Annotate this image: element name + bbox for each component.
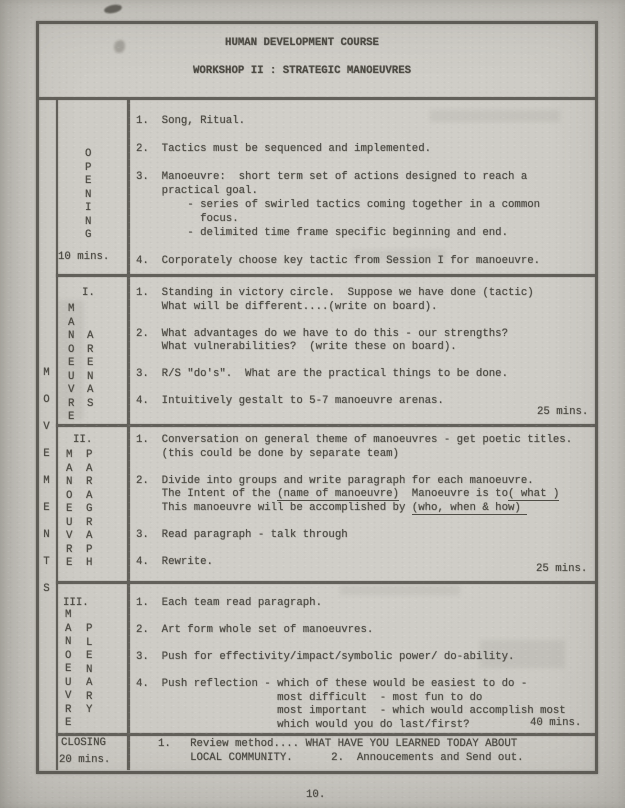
course-title: HUMAN DEVELOPMENT COURSE xyxy=(39,37,595,51)
session2-underlined-who-when-how: (who, when & how) xyxy=(412,502,527,515)
session2-duration: 25 mins. xyxy=(536,563,587,577)
session1-manoeuvre-stack: M A N O E U V R E xyxy=(68,303,74,425)
session3-plenary-stack: P L E N A R Y xyxy=(86,623,92,718)
session2-underlined-what: ( what ) xyxy=(508,488,559,501)
session2-underlined-name: (name of manoeuvre) xyxy=(277,488,399,501)
session1-duration: 25 mins. xyxy=(537,406,588,420)
session2-paragraph-stack: P A R A G R A P H xyxy=(86,449,92,571)
movements-vertical-label: M O V E M E N T S xyxy=(36,360,57,603)
opening-duration: 10 mins. xyxy=(58,251,109,265)
session2-manoeuvre-stack: M A N O E U V R E xyxy=(66,449,72,571)
page-number: 10. xyxy=(306,789,325,803)
scan-edge-shading xyxy=(0,0,34,808)
row-divider-s1-s2 xyxy=(56,424,595,427)
row-divider-s2-s3 xyxy=(56,581,595,584)
closing-label: CLOSING xyxy=(61,737,106,751)
ink-smudge xyxy=(103,3,122,15)
session3-manoeuvre-stack: M A N O E U V R E xyxy=(65,609,71,731)
label-column-divider xyxy=(127,100,130,770)
opening-content: 1. Song, Ritual. 2. Tactics must be sequ… xyxy=(136,114,540,268)
closing-duration: 20 mins. xyxy=(59,754,110,768)
row-divider-opening-s1 xyxy=(56,274,595,277)
session3-duration: 40 mins. xyxy=(530,717,581,731)
session1-numeral: I. xyxy=(82,287,95,301)
session2-numeral: II. xyxy=(73,434,92,448)
session1-arenas-stack: A R E N A S xyxy=(87,330,93,411)
session2-content: 1. Conversation on general theme of mano… xyxy=(136,434,572,569)
session3-content: 1. Each team read paragraph. 2. Art form… xyxy=(136,597,566,732)
workshop-subtitle: WORKSHOP II : STRATEGIC MANOEUVRES xyxy=(39,65,595,79)
header-divider xyxy=(39,97,595,100)
row-divider-s3-closing xyxy=(56,733,595,736)
session2-text: Manoeuvre is to xyxy=(399,488,508,500)
session2-text: This manoeuvre will be accomplished by xyxy=(136,502,412,514)
closing-content: 1. Review method.... WHAT HAVE YOU LEARN… xyxy=(158,738,524,765)
session2-text: 3. Read paragraph - talk through 4. Rewr… xyxy=(136,529,348,568)
scanned-document-page: HUMAN DEVELOPMENT COURSE WORKSHOP II : S… xyxy=(0,0,625,808)
session1-content: 1. Standing in victory circle. Suppose w… xyxy=(136,287,534,409)
opening-vertical-label: O P E N I N G xyxy=(85,148,91,243)
